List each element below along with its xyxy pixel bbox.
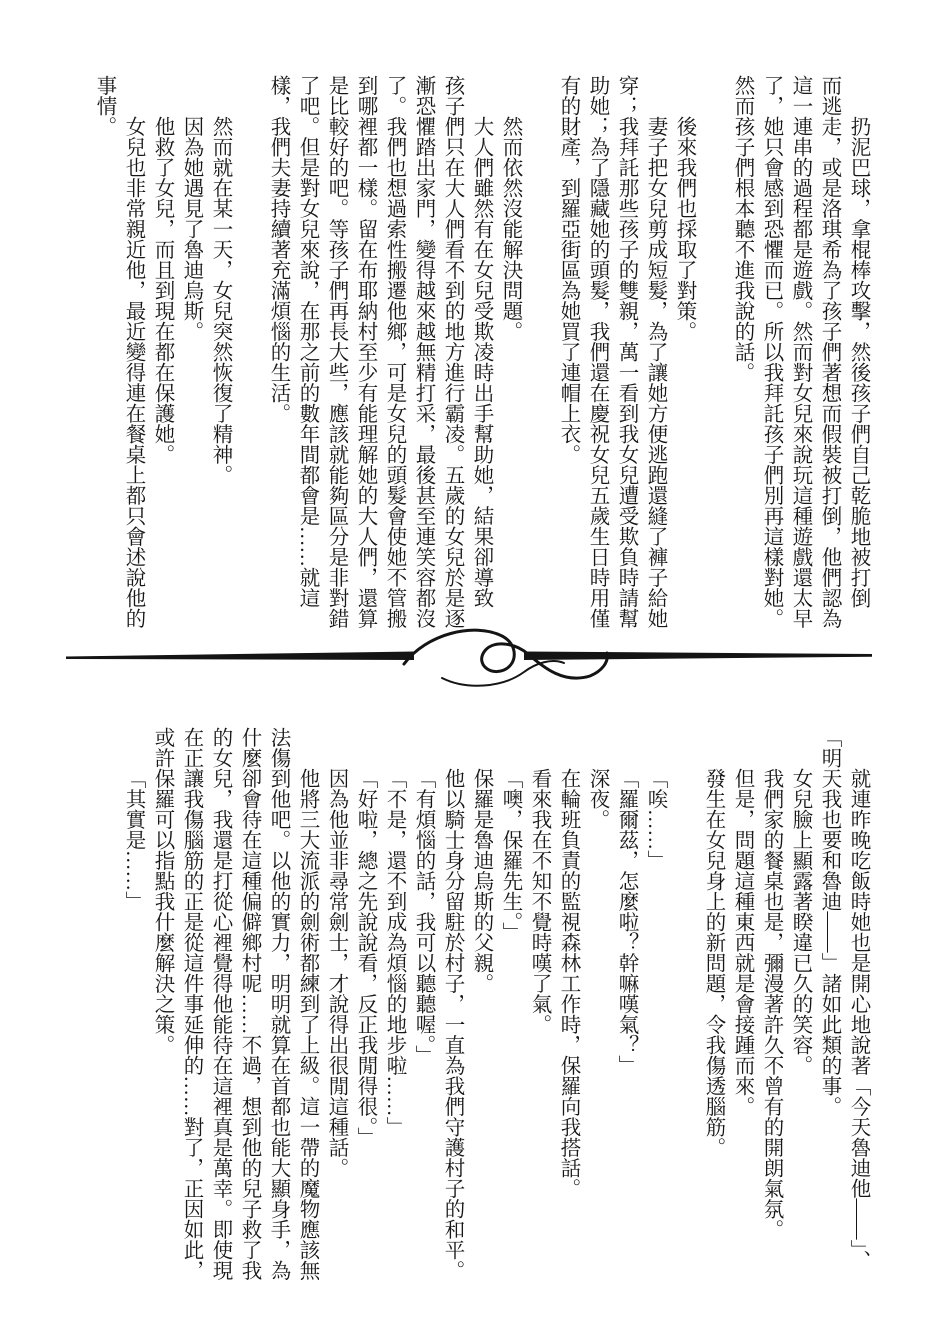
- text-column: 穿；我拜託那些孩子的雙親，萬一看到我女兒遭受欺負時請幫: [611, 75, 640, 631]
- text-column: 「好啦，總之先說說看，反正我閒得很。」: [350, 727, 379, 1283]
- text-column: 「羅爾茲，怎麼啦？幹嘛嘆氣？」: [611, 727, 640, 1283]
- text-column: 「不是，還不到成為煩惱的地步啦……」: [379, 727, 408, 1283]
- text-column: 這一連串的過程都是遊戲。然而對女兒來說玩這種遊戲還太早: [785, 75, 814, 631]
- text-column: 孩子們只在大人們看不到的地方進行霸凌。五歲的女兒於是逐: [437, 75, 466, 631]
- paragraph-gap: [669, 727, 698, 1283]
- text-column: 了。我們也想過索性搬遷他鄉，可是女兒的頭髮會使她不管搬: [379, 75, 408, 631]
- novel-page: 扔泥巴球，拿棍棒攻擊，然後孩子們自己乾脆地被打倒而逃走，或是洛琪希為了孩子們著想…: [0, 0, 939, 1331]
- text-column: 了，她只會感到恐懼而已。所以我拜託孩子們別再這樣對她。: [756, 75, 785, 631]
- section-divider-flourish: [66, 620, 872, 690]
- text-column: 事情。: [89, 75, 118, 631]
- text-column: 而逃走，或是洛琪希為了孩子們著想而假裝被打倒，他們認為: [814, 75, 843, 631]
- text-column: 看來我在不知不覺時嘆了氣。: [524, 727, 553, 1283]
- text-column: 他救了女兒，而且到現在都在保護她。: [147, 75, 176, 631]
- text-column: 女兒臉上顯露著睽違已久的笑容。: [785, 727, 814, 1283]
- text-column: 發生在女兒身上的新問題，令我傷透腦筋。: [698, 727, 727, 1283]
- top-text-block: 扔泥巴球，拿棍棒攻擊，然後孩子們自己乾脆地被打倒而逃走，或是洛琪希為了孩子們著想…: [89, 75, 872, 631]
- text-column: 有的財產，到羅亞街區為她買了連帽上衣。: [553, 75, 582, 631]
- text-column: 「其實是……」: [118, 727, 147, 1283]
- text-column: 但是，問題這種東西就是會接踵而來。: [727, 727, 756, 1283]
- text-column: 深夜。: [582, 727, 611, 1283]
- text-column: 的女兒，我還是打從心裡覺得他能待在這裡真是萬幸。即使現: [205, 727, 234, 1283]
- text-column: 「有煩惱的話，我可以聽聽喔。」: [408, 727, 437, 1283]
- text-column: 因為他並非尋常劍士，才說得出很閒這種話。: [321, 727, 350, 1283]
- text-column: 「唉……」: [640, 727, 669, 1283]
- text-column: 保羅是魯迪烏斯的父親。: [466, 727, 495, 1283]
- text-column: 是比較好的吧。等孩子們再長大些，應該就能夠區分是非對錯: [321, 75, 350, 631]
- text-column: 然而就在某一天，女兒突然恢復了精神。: [205, 75, 234, 631]
- text-column: 助她；為了隱藏她的頭髮，我們還在慶祝女兒五歲生日時用僅: [582, 75, 611, 631]
- text-column: 了吧。但是對女兒來說，在那之前的數年間都會是……就這: [292, 75, 321, 631]
- text-column: 漸恐懼踏出家門，變得越來越無精打采，最後甚至連笑容都沒: [408, 75, 437, 631]
- text-column: 或許保羅可以指點我什麼解決之策。: [147, 727, 176, 1283]
- divider-left-rule: [66, 652, 414, 661]
- text-column: 在正讓我傷腦筋的正是從這件事延伸的……對了，正因如此，: [176, 727, 205, 1283]
- text-column: 「明天我也要和魯迪——」諸如此類的事。: [814, 727, 843, 1283]
- text-column: 女兒也非常親近他，最近變得連在餐桌上都只會述說他的: [118, 75, 147, 631]
- text-column: 到哪裡都一樣。留在布耶納村至少有能理解她的大人們，還算: [350, 75, 379, 631]
- text-column: 然而孩子們根本聽不進我說的話。: [727, 75, 756, 631]
- paragraph-gap: [698, 75, 727, 631]
- text-column: 我們家的餐桌也是，彌漫著許久不曾有的開朗氣氛。: [756, 727, 785, 1283]
- text-column: 在輪班負責的監視森林工作時，保羅向我搭話。: [553, 727, 582, 1283]
- text-column: 大人們雖然有在女兒受欺凌時出手幫助她，結果卻導致: [466, 75, 495, 631]
- text-column: 什麼卻會待在這種偏僻鄉村呢……不過，想到他的兒子救了我: [234, 727, 263, 1283]
- text-column: 扔泥巴球，拿棍棒攻擊，然後孩子們自己乾脆地被打倒: [843, 75, 872, 631]
- text-column: 因為她遇見了魯迪烏斯。: [176, 75, 205, 631]
- text-column: 法傷到他吧。以他的實力，明明就算在首都也能大顯身手，為: [263, 727, 292, 1283]
- text-column: 他以騎士身分留駐於村子，一直為我們守護村子的和平。: [437, 727, 466, 1283]
- text-column: 樣，我們夫妻持續著充滿煩惱的生活。: [263, 75, 292, 631]
- text-column: 就連昨晚吃飯時她也是開心地說著「今天魯迪他——」、: [843, 727, 872, 1283]
- text-column: 後來我們也採取了對策。: [669, 75, 698, 631]
- text-column: 他將三大流派的劍術都練到了上級。這一帶的魔物應該無: [292, 727, 321, 1283]
- text-column: 然而依然沒能解決問題。: [495, 75, 524, 631]
- bottom-text-block: 就連昨晚吃飯時她也是開心地說著「今天魯迪他——」、「明天我也要和魯迪——」諸如此…: [118, 727, 872, 1283]
- paragraph-gap: [524, 75, 553, 631]
- text-column: 妻子把女兒剪成短髮，為了讓她方便逃跑還縫了褲子給她: [640, 75, 669, 631]
- divider-right-rule: [524, 652, 872, 661]
- text-column: 「噢，保羅先生。」: [495, 727, 524, 1283]
- paragraph-gap: [234, 75, 263, 631]
